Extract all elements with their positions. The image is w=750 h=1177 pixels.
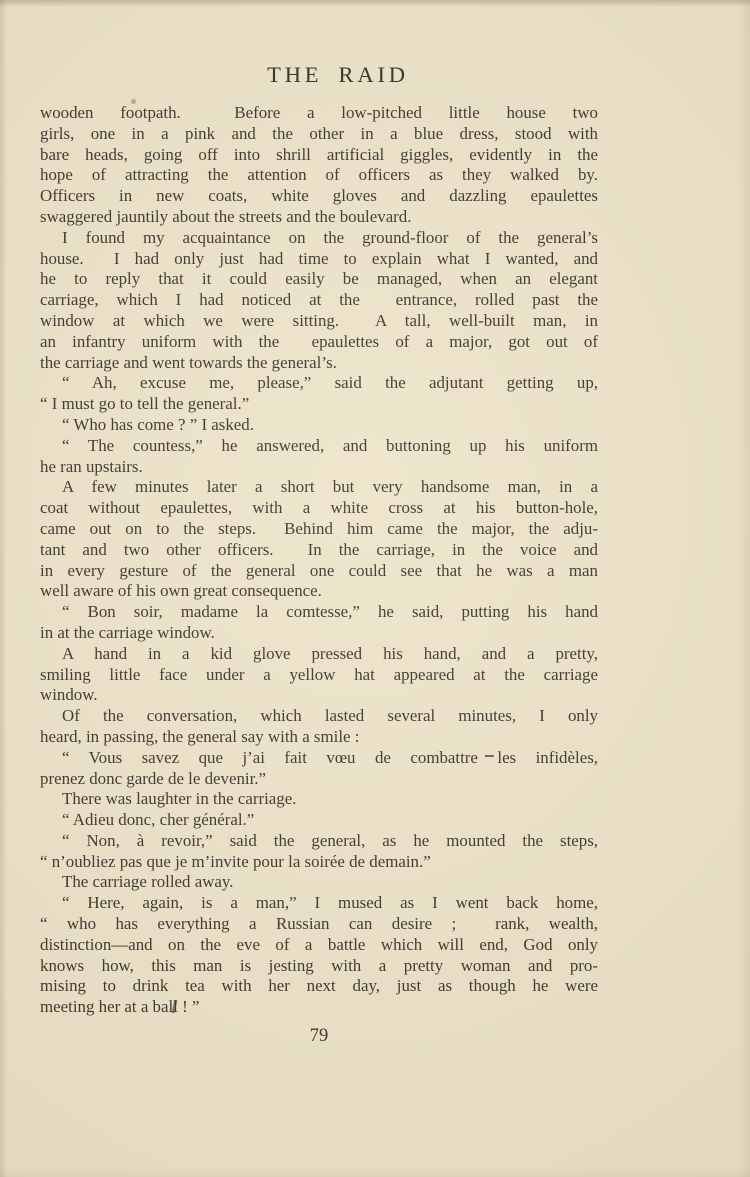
text-line: an infantry uniform with the epaulettes … (40, 332, 598, 353)
paragraph: “ Adieu donc, cher général.” (40, 810, 598, 831)
paragraph: There was laughter in the carriage. (40, 789, 598, 810)
text-line: coat without epaulettes, with a white cr… (40, 498, 598, 519)
text-line: “ Non, à revoir,” said the general, as h… (40, 831, 598, 852)
text-line: window at which we were sitting. A tall,… (40, 311, 598, 332)
running-head: THE RAID (59, 62, 617, 88)
text-line: came out on to the steps. Behind him cam… (40, 519, 598, 540)
text-line: window. (40, 685, 598, 706)
paragraph: “ The countess,” he answered, and button… (40, 436, 598, 478)
text-line: “ Vous savez que j’ai fait vœu de combat… (40, 748, 598, 769)
paragraph: “ Who has come ? ” I asked. (40, 415, 598, 436)
paragraph: A few minutes later a short but very han… (40, 477, 598, 602)
paragraph: “ Bon soir, madame la comtesse,” he said… (40, 602, 598, 644)
text-line: Of the conversation, which lasted severa… (40, 706, 598, 727)
text-line: “ Adieu donc, cher général.” (40, 810, 598, 831)
text-line: heard, in passing, the general say with … (40, 727, 598, 748)
paragraph: A hand in a kid glove pressed his hand, … (40, 644, 598, 706)
text-line: he to reply that it could easily be mana… (40, 269, 598, 290)
text-line: meeting her at a ball ! ” (40, 997, 598, 1018)
text-line: “ I must go to tell the general.” (40, 394, 598, 415)
text-line: in every gesture of the general one coul… (40, 561, 598, 582)
paragraph: I found my acquaintance on the ground-fl… (40, 228, 598, 374)
page-number: 79 (40, 1026, 598, 1047)
text-line: “ who has everything a Russian can desir… (40, 914, 598, 935)
text-line: well aware of his own great consequence. (40, 581, 598, 602)
text-line: “ Ah, excuse me, please,” said the adjut… (40, 373, 598, 394)
text-line: The carriage rolled away. (40, 872, 598, 893)
text-line: house. I had only just had time to expla… (40, 249, 598, 270)
text-line: “ Who has come ? ” I asked. (40, 415, 598, 436)
text-block: wooden footpath. Before a low-pitched li… (40, 103, 598, 1018)
text-line: I found my acquaintance on the ground-fl… (40, 228, 598, 249)
text-line: “ The countess,” he answered, and button… (40, 436, 598, 457)
paragraph: wooden footpath. Before a low-pitched li… (40, 103, 598, 228)
paragraph: “ Vous savez que j’ai fait vœu de combat… (40, 748, 598, 790)
text-line: Officers in new coats, white gloves and … (40, 186, 598, 207)
text-line: girls, one in a pink and the other in a … (40, 124, 598, 145)
text-line: the carriage and went towards the genera… (40, 353, 598, 374)
text-line: A hand in a kid glove pressed his hand, … (40, 644, 598, 665)
paragraph: “ Non, à revoir,” said the general, as h… (40, 831, 598, 873)
text-line: mising to drink tea with her next day, j… (40, 976, 598, 997)
text-line: knows how, this man is jesting with a pr… (40, 956, 598, 977)
text-line: wooden footpath. Before a low-pitched li… (40, 103, 598, 124)
text-line: “ Bon soir, madame la comtesse,” he said… (40, 602, 598, 623)
text-line: tant and two other officers. In the carr… (40, 540, 598, 561)
text-line: A few minutes later a short but very han… (40, 477, 598, 498)
paragraph: The carriage rolled away. (40, 872, 598, 893)
text-line: hope of attracting the attention of offi… (40, 165, 598, 186)
book-page: THE RAID wooden footpath. Before a low-p… (0, 0, 750, 1177)
text-line: “ Here, again, is a man,” I mused as I w… (40, 893, 598, 914)
text-line: distinction—and on the eve of a battle w… (40, 935, 598, 956)
text-line: in at the carriage window. (40, 623, 598, 644)
text-line: swaggered jauntily about the streets and… (40, 207, 598, 228)
text-line: smiling little face under a yellow hat a… (40, 665, 598, 686)
text-line: There was laughter in the carriage. (40, 789, 598, 810)
text-line: bare heads, going off into shrill artifi… (40, 145, 598, 166)
paragraph: “ Ah, excuse me, please,” said the adjut… (40, 373, 598, 415)
paragraph: “ Here, again, is a man,” I mused as I w… (40, 893, 598, 1018)
text-line: he ran upstairs. (40, 457, 598, 478)
text-line: carriage, which I had noticed at the ent… (40, 290, 598, 311)
text-line: “ n’oubliez pas que je m’invite pour la … (40, 852, 598, 873)
paragraph: Of the conversation, which lasted severa… (40, 706, 598, 748)
text-line: prenez donc garde de le devenir.” (40, 769, 598, 790)
